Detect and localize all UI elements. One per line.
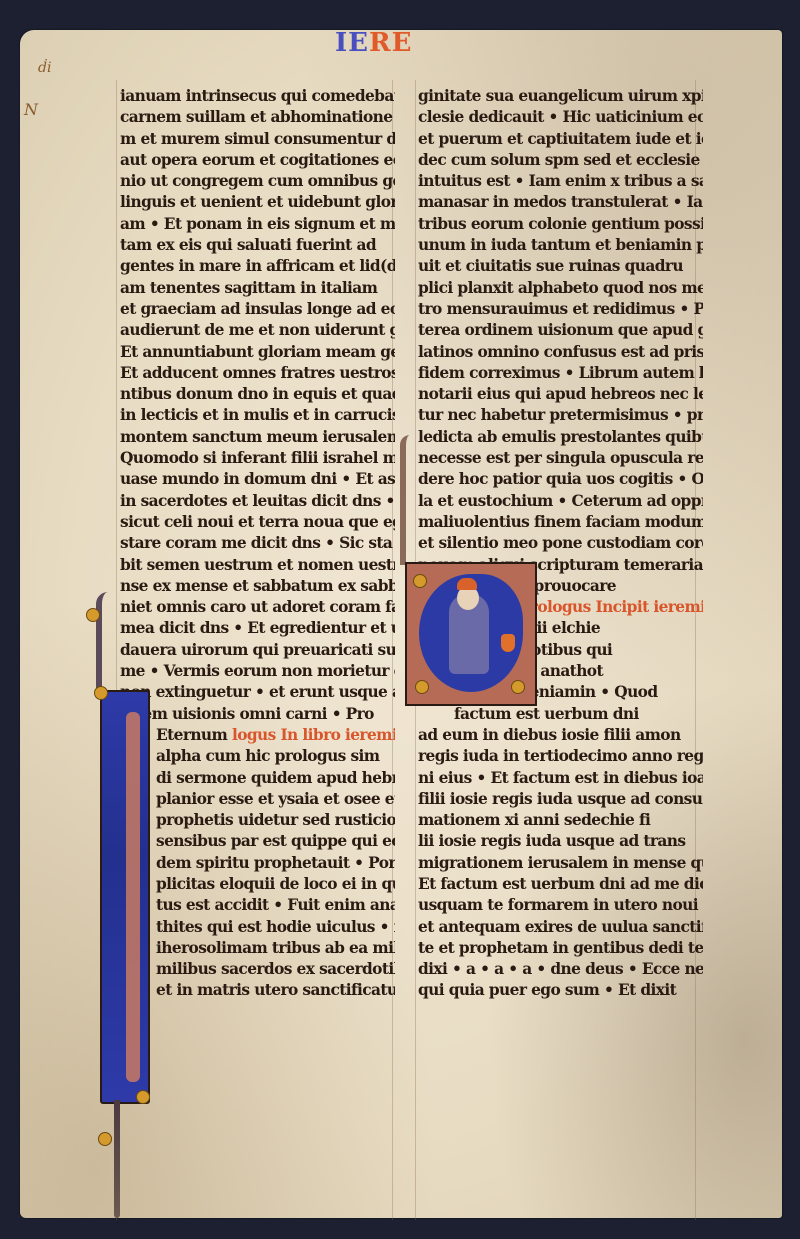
text-line: ledicta ab emulis prestolantes quibus me (418, 427, 703, 448)
prophet-red-cap-icon (457, 578, 477, 590)
text-line: dauera uirorum qui preuaricati sunt in (120, 640, 395, 661)
text-column-right: ginitate sua euangelicum uirum xpi eccle… (418, 86, 703, 1002)
text-line: et puerum et captiuitatem iude et ierusa… (418, 129, 703, 150)
historiated-initial-v (405, 562, 537, 706)
text-line: mationem xi anni sedechie fi (418, 810, 703, 831)
gold-boss-icon (94, 686, 108, 700)
margin-annotation-2: N (24, 100, 38, 119)
orange-jar-icon (501, 634, 515, 652)
text-line: lii iosie regis iuda usque ad trans (418, 831, 703, 852)
text-line: in lecticis et in mulis et in carrucis a… (120, 405, 395, 426)
foliate-initial-i (100, 690, 150, 1104)
text-line: am tenentes sagittam in italiam (120, 278, 395, 299)
text-line: tam ex eis qui saluati fuerint ad (120, 235, 395, 256)
text-line: usquam te formarem in utero noui te (418, 895, 703, 916)
text-line: tus est accidit • Fuit enim anatho (120, 895, 395, 916)
text-line: tribus eorum colonie gentium possidebant (418, 214, 703, 235)
text-line: unum in iuda tantum et beniamin propha (418, 235, 703, 256)
text-line: tro mensurauimus et redidimus • Pre (418, 299, 703, 320)
text-line: prophetis uidetur sed rusticior sed (120, 810, 395, 831)
text-line: uit et ciuitatis sue ruinas quadru (418, 256, 703, 277)
text-line: et in matris utero sanctificatus • uir (120, 980, 395, 1001)
initial-i-upper-terminal (96, 592, 120, 692)
text-line: Et annuntiabunt gloriam meam gentibus (120, 342, 395, 363)
text-line: qui quia puer ego sum • Et dixit (418, 980, 703, 1001)
text-line: clesie dedicauit • Hic uaticinium eorum (418, 107, 703, 128)
text-column-left: ianuam intrinsecus qui comedebatcarnem s… (120, 86, 395, 1002)
gold-boss-icon (511, 680, 525, 694)
text-line: et graeciam ad insulas longe ad eos qui … (120, 299, 395, 320)
text-line: in sacerdotes et leuitas dicit dns • Qui… (120, 491, 395, 512)
text-line: sensibus par est quippe qui eo (120, 831, 395, 852)
running-title-part-red: RE (369, 28, 412, 58)
text-line: Et adducent omnes fratres uestros de cun… (120, 363, 395, 384)
text-line: montem sanctum meum ierusalem dicit dns (120, 427, 395, 448)
gold-boss-icon (136, 1090, 150, 1104)
text-line: sicut celi noui et terra noua que ego fa… (120, 512, 395, 533)
text-line: Et factum est uerbum dni ad me dicens • … (418, 874, 703, 895)
text-line: migrationem ierusalem in mense quinto (418, 853, 703, 874)
gold-boss-icon (415, 680, 429, 694)
text-line: nio ut congregem cum omnibus gentibus et (120, 171, 395, 192)
text-line: ntibus donum dno in equis et quadrigis e… (120, 384, 395, 405)
text-line: fidem correximus • Librum autem baruch (418, 363, 703, 384)
text-line: aut opera eorum et cogitationes eorum ue (120, 150, 395, 171)
initial-i-lower-terminal (114, 1100, 120, 1218)
margin-annotation: ḋi (38, 60, 51, 76)
text-line: regis iuda in tertiodecimo anno reg (418, 746, 703, 767)
gold-boss-icon (86, 608, 100, 622)
text-line: plici planxit alphabeto quod nos me (418, 278, 703, 299)
initial-i-rose-band (126, 712, 140, 1082)
text-line: tur nec habetur pretermisimus • pro his … (418, 405, 703, 426)
text-line: manasar in medos transtulerat • Iam (418, 192, 703, 213)
text-line: tatem uisionis omni carni • Pro (120, 704, 395, 725)
text-line: uase mundo in domum dni • Et assumam ex … (120, 469, 395, 490)
text-line: carnem suillam et abhominatione (120, 107, 395, 128)
gold-boss-icon (98, 1132, 112, 1146)
gold-boss-icon (413, 574, 427, 588)
text-line: thites qui est hodie uiculus • iuxta (120, 917, 395, 938)
running-title-part-blue: IE (335, 28, 369, 58)
text-line: stare coram me dicit dns • Sic sta (120, 533, 395, 554)
text-line: m et murem simul consumentur dicit dns •… (120, 129, 395, 150)
text-line: am • Et ponam in eis signum et mit (120, 214, 395, 235)
text-line: maliuolentius finem faciam modum sermoni… (418, 512, 703, 533)
text-line: di sermone quidem apud hebreos (120, 768, 395, 789)
text-line: la et eustochium • Ceterum ad opprobrium (418, 491, 703, 512)
text-line: nse ex mense et sabbatum ex sabbato • ue (120, 576, 395, 597)
text-line: ianuam intrinsecus qui comedebat (120, 86, 395, 107)
text-line: milibus sacerdos ex sacerdotibus (120, 959, 395, 980)
text-line: non extinguetur • et erunt usque ad sati… (120, 682, 395, 703)
text-line: et silentio meo pone custodiam cordis et (418, 533, 703, 554)
rubric-prologue-heading: logus In libro ieremie prophe (227, 726, 395, 744)
text-line: te et prophetam in gentibus dedi te • Et (418, 938, 703, 959)
initial-v-ascender (400, 435, 418, 565)
text-line: factum est uerbum dni (418, 704, 703, 725)
text-line: filii iosie regis iuda usque ad consum (418, 789, 703, 810)
text-line: iherosolimam tribus ab ea milibus distan… (120, 938, 395, 959)
text-line: et antequam exires de uulua sanctificaui (418, 917, 703, 938)
text-line: bit semen uestrum et nomen uestrum • Et … (120, 555, 395, 576)
text-line: linguis et uenient et uidebunt gloriam m… (120, 192, 395, 213)
text-line: audierunt de me et non uiderunt gloriam … (120, 320, 395, 341)
text-line: Quomodo si inferant filii israhel munus … (120, 448, 395, 469)
text-line: gentes in mare in affricam et lid(d)i (120, 256, 395, 277)
text-line: planior esse et ysaia et osee et quibusd… (120, 789, 395, 810)
text-line: ni eius • Et factum est in diebus ioachi… (418, 768, 703, 789)
text-line: niet omnis caro ut adoret coram facie (120, 597, 395, 618)
text-line: notarii eius qui apud hebreos nec legi (418, 384, 703, 405)
text-line: dec cum solum spm sed et ecclesie carnis (418, 150, 703, 171)
text-line: alpha cum hic prologus sim (120, 746, 395, 767)
text-line: ad eum in diebus iosie filii amon (418, 725, 703, 746)
text-line: ginitate sua euangelicum uirum xpi ec (418, 86, 703, 107)
text-line: latinos omnino confusus est ad pristinam (418, 342, 703, 363)
text-line: intuitus est • Iam enim x tribus a sal (418, 171, 703, 192)
text-line: dixi • a • a • a • dne deus • Ecce nesci… (418, 959, 703, 980)
text-line: mea dicit dns • Et egredientur et uidebu… (120, 618, 395, 639)
text-line: me • Vermis eorum non morietur et ignis … (120, 661, 395, 682)
text-line: terea ordinem uisionum que apud grecos e… (418, 320, 703, 341)
text-line: Eternum logus In libro ieremie prophe (120, 725, 395, 746)
text-line: necesse est per singula opuscula respon (418, 448, 703, 469)
text-line: plicitas eloquii de loco ei in quo na (120, 874, 395, 895)
text-line: dem spiritu prophetauit • Porro sim (120, 853, 395, 874)
text-line: dere hoc patior quia uos cogitis • Opaul… (418, 469, 703, 490)
running-title: IERE (335, 28, 412, 58)
